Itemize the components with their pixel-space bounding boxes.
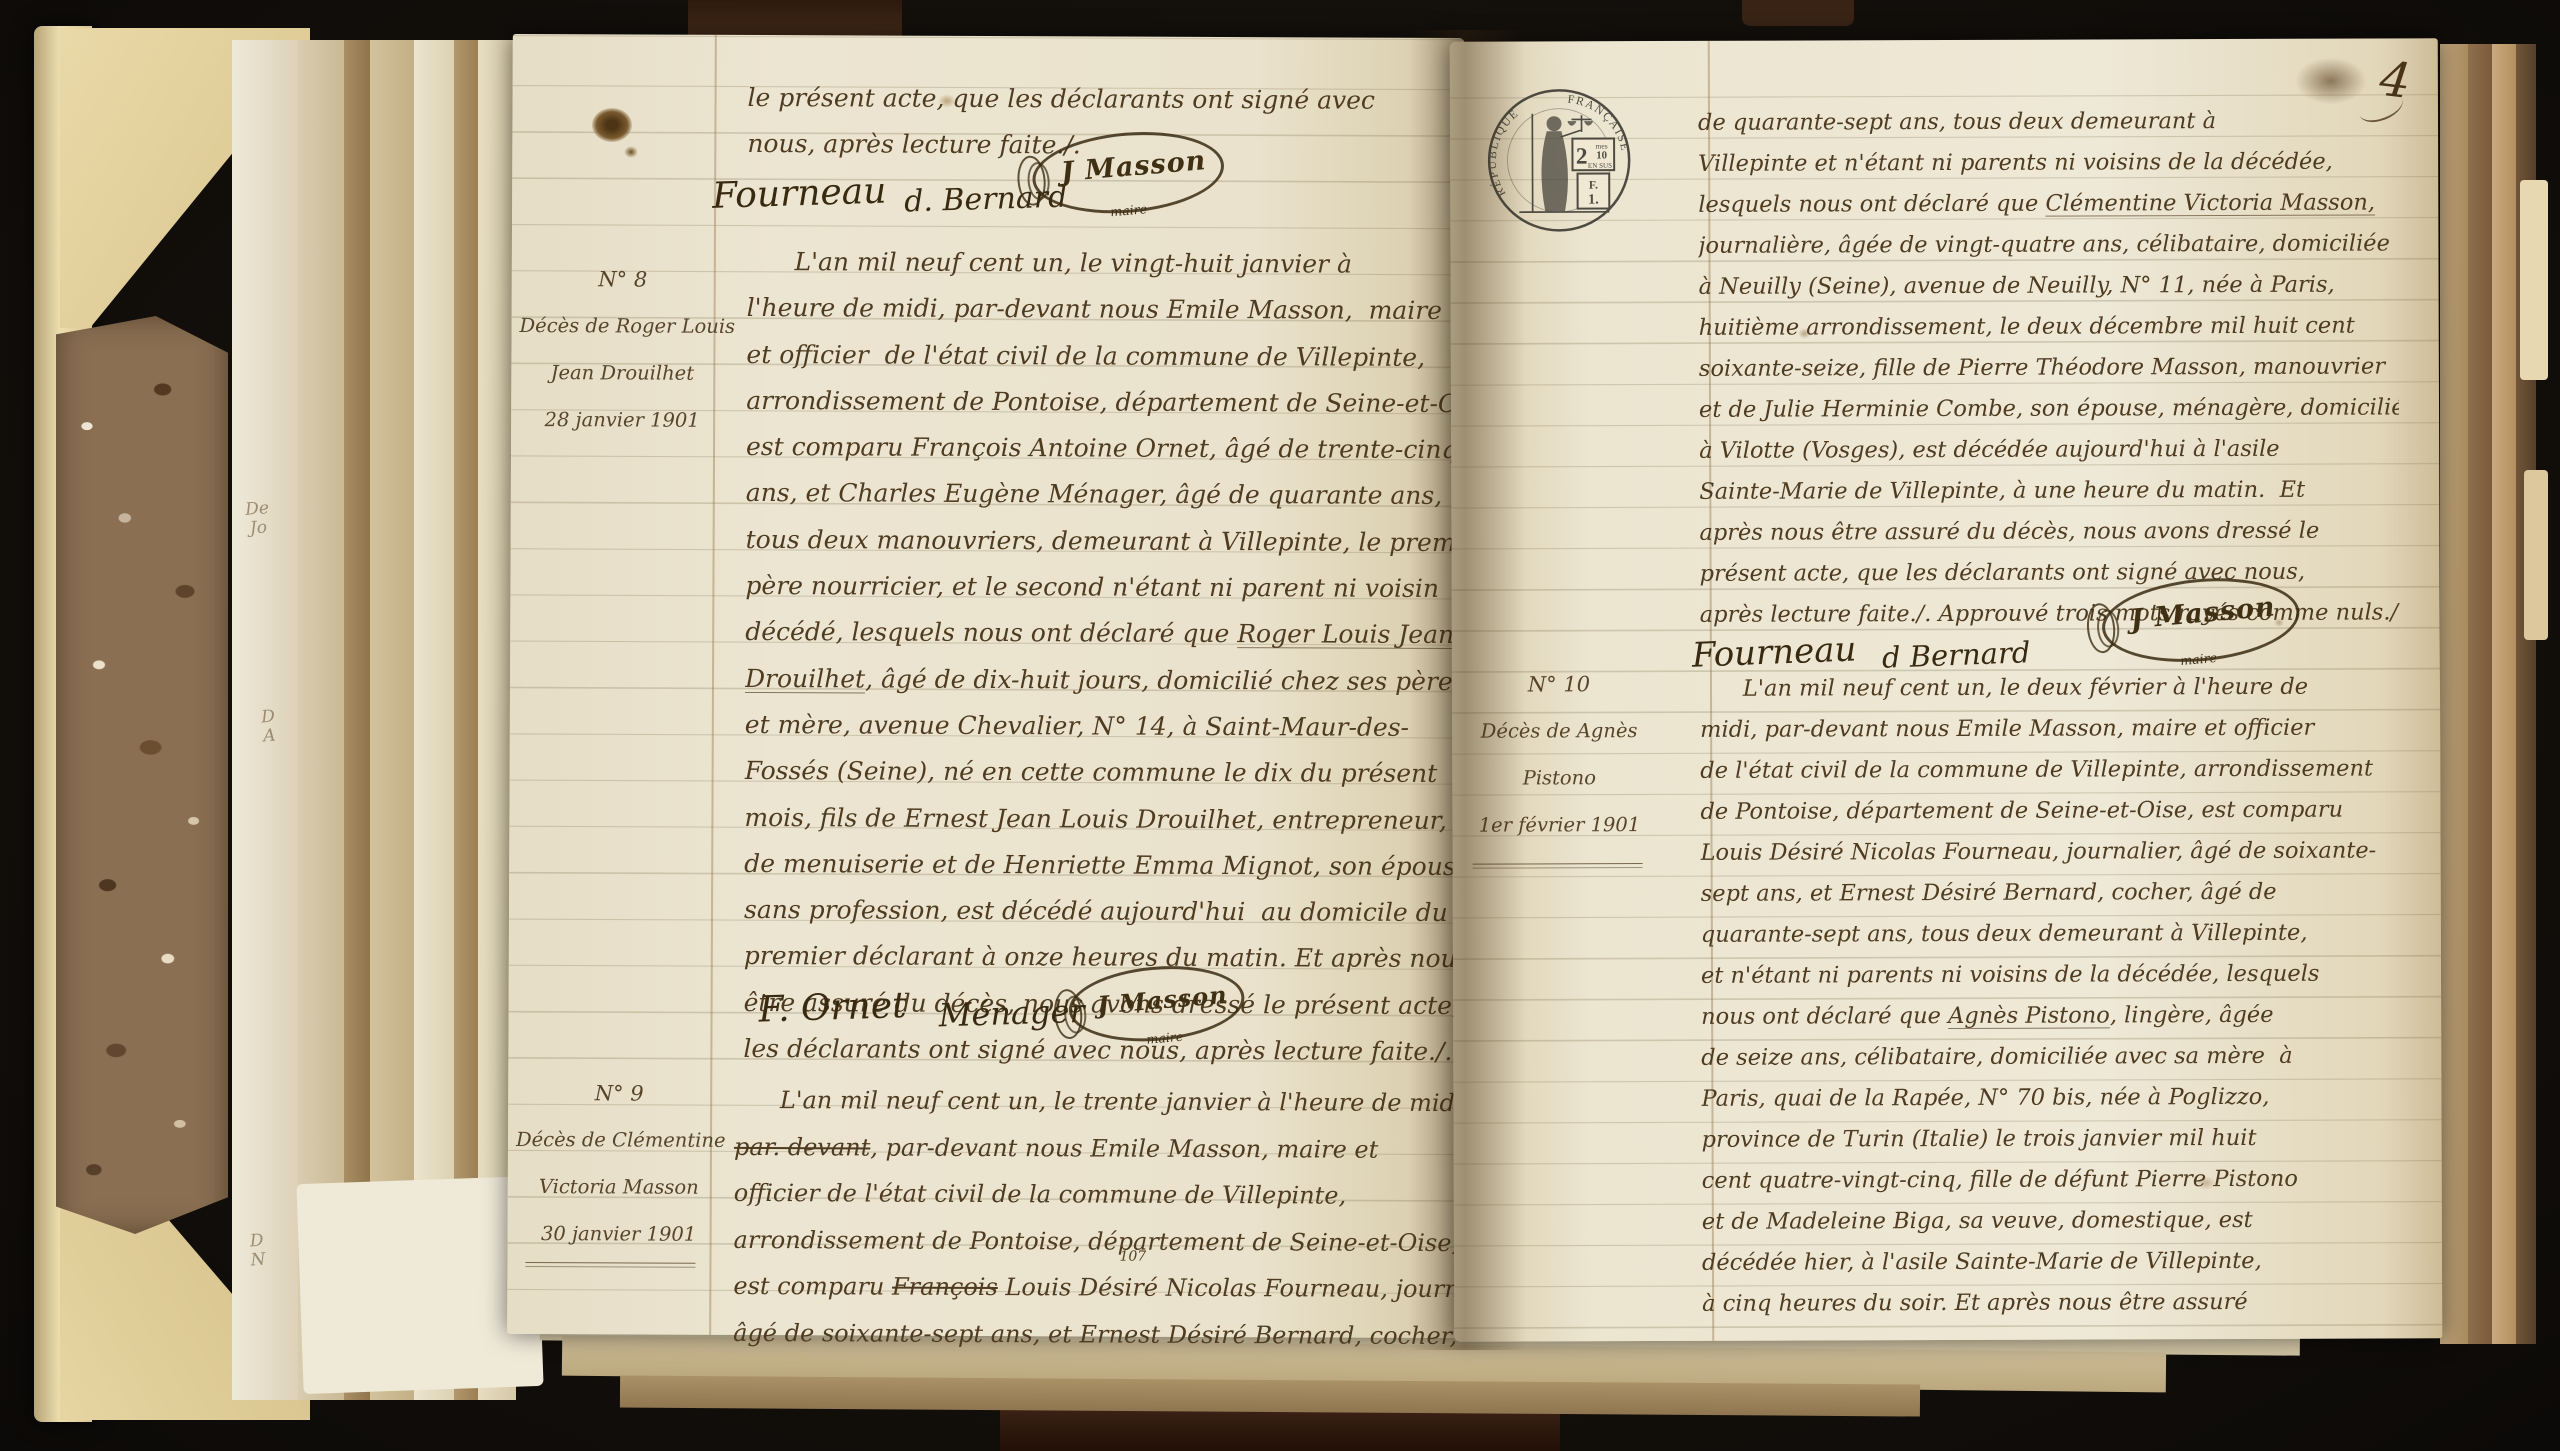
handwritten-line: Sainte-Marie de Villepinte, à une heure … [1699,469,2399,512]
handwritten-line: père nourricier, et le second n'étant ni… [745,563,1455,612]
handwritten-line: arrondissement de Pontoise, département … [746,378,1456,427]
handwritten-line: L'an mil neuf cent un, le vingt-huit jan… [747,239,1457,288]
handwritten-line: arrondissement de Pontoise, département … [733,1216,1455,1266]
handwritten-line: province de Turin (Italie) le trois janv… [1701,1117,2407,1160]
bleedthrough-fragment: DN [249,1232,266,1271]
handwritten-line: et de Madeleine Biga, sa veuve, domestiq… [1702,1199,2408,1242]
handwritten-line: de quarante-sept ans, tous deux demeuran… [1698,100,2398,143]
bleedthrough-fragment: DeJo [245,499,271,539]
handwritten-line: journalière, âgée de vingt-quatre ans, c… [1698,223,2398,266]
register-left-page: le présent acte, que les déclarants ont … [507,34,1465,1338]
handwritten-line: et n'étant ni parents ni voisins de la d… [1701,953,2407,996]
handwritten-line: par. devant, par-devant nous Emile Masso… [734,1123,1456,1173]
act-10-text: L'an mil neuf cent un, le deux février à… [1700,666,2408,1324]
act-9-text: L'an mil neuf cent un, le trente janvier… [733,1077,1456,1359]
handwritten-line: et officier de l'état civil de la commun… [746,332,1456,381]
stamp-band: EN SUS [1588,162,1612,170]
book-gutter-shadow [1408,30,1526,1350]
act-8-margin-note: N° 8 Décès de Roger Louis Jean Drouilhet… [519,256,726,444]
right-page-edge-strip [2492,44,2516,1344]
right-page-edge-notch [2524,470,2548,640]
handwritten-line: tous deux manouvriers, demeurant à Ville… [746,517,1456,566]
handwritten-line: et de Julie Herminie Combe, son épouse, … [1699,387,2399,430]
handwritten-line: est comparu François Louis Désiré Nicola… [733,1263,1455,1313]
handwritten-line: de Pontoise, département de Seine-et-Ois… [1700,789,2406,832]
spine-headband [1742,0,1854,26]
handwritten-line: Drouilhet, âgé de dix-huit jours, domici… [745,656,1455,705]
handwritten-line: après nous être assuré du décès, nous av… [1699,510,2399,553]
foxing-spot [2196,1176,2216,1190]
act-9-margin-note: N° 9 Décès de Clémentine Victoria Masson… [516,1070,723,1258]
margin-line: 30 janvier 1901 [516,1210,722,1258]
handwritten-line: L'an mil neuf cent un, le trente janvier… [734,1077,1456,1127]
handwritten-line: présent acte, que les déclarants ont sig… [1700,551,2400,594]
stamp-base-bottom: 1. [1588,192,1599,208]
handwritten-line: nous ont déclaré que Agnès Pistono, ling… [1701,994,2407,1037]
masson-name: J Masson [1096,980,1228,1020]
handwritten-line: officier de l'état civil de la commune d… [734,1170,1456,1220]
ink-smudge [2296,58,2366,104]
foxing-spot [938,94,956,108]
handwritten-line: L'an mil neuf cent un, le deux février à… [1700,666,2406,709]
handwritten-line: à Vilotte (Vosges), est décédée aujourd'… [1699,428,2399,471]
margin-line: Victoria Masson [516,1163,722,1211]
margin-line: 28 janvier 1901 [519,396,725,444]
handwritten-line: de l'état civil de la commune de Villepi… [1700,748,2406,791]
margin-line: Décès de Roger Louis [519,302,725,350]
masson-name: J Masson [2129,591,2277,635]
handwritten-line: premier déclarant à onze heures du matin… [744,933,1454,982]
foxing-spot [2274,618,2284,627]
handwritten-line: cent quatre-vingt-cinq, fille de défunt … [1702,1158,2408,1201]
handwritten-line: soixante-seize, fille de Pierre Théodore… [1699,346,2399,389]
handwritten-line: Villepinte et n'étant ni parents ni vois… [1698,141,2398,184]
marbled-cover-paper [56,316,228,1234]
ink-stain [592,108,632,142]
handwritten-line: quarante-sept ans, tous deux demeurant à… [1701,912,2407,955]
register-right-page: 4 RÉPUBLIQUE FRANÇAISE 2 mes 10 EN SUS F… [1450,38,2443,1341]
act-number: N° 9 [516,1070,722,1117]
stamp-value: 2 [1576,144,1588,170]
handwritten-line: est comparu François Antoine Ornet, âgé … [746,424,1456,473]
handwritten-line: midi, par-devant nous Emile Masson, mair… [1700,707,2406,750]
handwritten-line: âgé de soixante-sept ans, et Ernest Dési… [733,1309,1455,1359]
margin-separator-rule [525,1262,695,1268]
handwritten-line: et mère, avenue Chevalier, N° 14, à Sain… [745,702,1455,751]
act-9-continuation-text: de quarante-sept ans, tous deux demeuran… [1698,100,2400,635]
handwritten-line: de menuiserie et de Henriette Emma Migno… [744,841,1454,890]
handwritten-line: à Neuilly (Seine), avenue de Neuilly, N°… [1699,264,2399,307]
stamp-base-top: F. [1589,179,1598,192]
handwritten-line: Louis Désiré Nicolas Fourneau, journalie… [1700,830,2406,873]
handwritten-line: décédé, lesquels nous ont déclaré que Ro… [745,609,1455,658]
right-page-edge-strip [2440,44,2468,1344]
masson-title: maire [1110,201,1148,219]
handwritten-line: sept ans, et Ernest Désiré Bernard, coch… [1701,871,2407,914]
handwritten-line: le présent acte, que les déclarants ont … [747,75,1453,124]
masson-name: J Masson [1060,145,1208,188]
act-number: N° 8 [520,256,726,303]
margin-line: Jean Drouilhet [519,349,725,397]
handwritten-line: lesquels nous ont déclaré que Clémentine… [1698,182,2398,225]
margin-line: Décès de Clémentine [516,1116,722,1164]
ink-stain [624,146,638,158]
handwritten-line: l'heure de midi, par-devant nous Emile M… [747,285,1457,334]
handwritten-line: ans, et Charles Eugène Ménager, âgé de q… [746,470,1456,519]
signature-ornet: F. Ornet [758,985,907,1030]
foxing-spot [1798,328,1811,339]
handwritten-line: de seize ans, célibataire, domiciliée av… [1701,1035,2407,1078]
signature-fourneau: Fourneau [712,171,887,217]
handwritten-line: décédée hier, à l'asile Sainte-Marie de … [1702,1240,2408,1283]
handwritten-line: mois, fils de Ernest Jean Louis Drouilhe… [744,795,1454,844]
handwritten-line: sans profession, est décédé aujourd'hui … [744,887,1454,936]
handwritten-line: à cinq heures du soir. Et après nous êtr… [1702,1281,2408,1324]
bleedthrough-fragment: DA [261,708,277,747]
right-page-edge-strip [2468,44,2492,1344]
handwritten-line: Fossés (Seine), né en cette commune le d… [745,748,1455,797]
stamp-mid: 10 [1596,150,1607,162]
handwritten-line: Paris, quai de la Rapée, N° 70 bis, née … [1701,1076,2407,1119]
masson-title: maire [1146,1029,1184,1047]
interline-correction-note: 107 [1119,1249,1146,1265]
act-8-text: L'an mil neuf cent un, le vingt-huit jan… [743,239,1457,1075]
right-page-edge-notch [2520,180,2548,380]
